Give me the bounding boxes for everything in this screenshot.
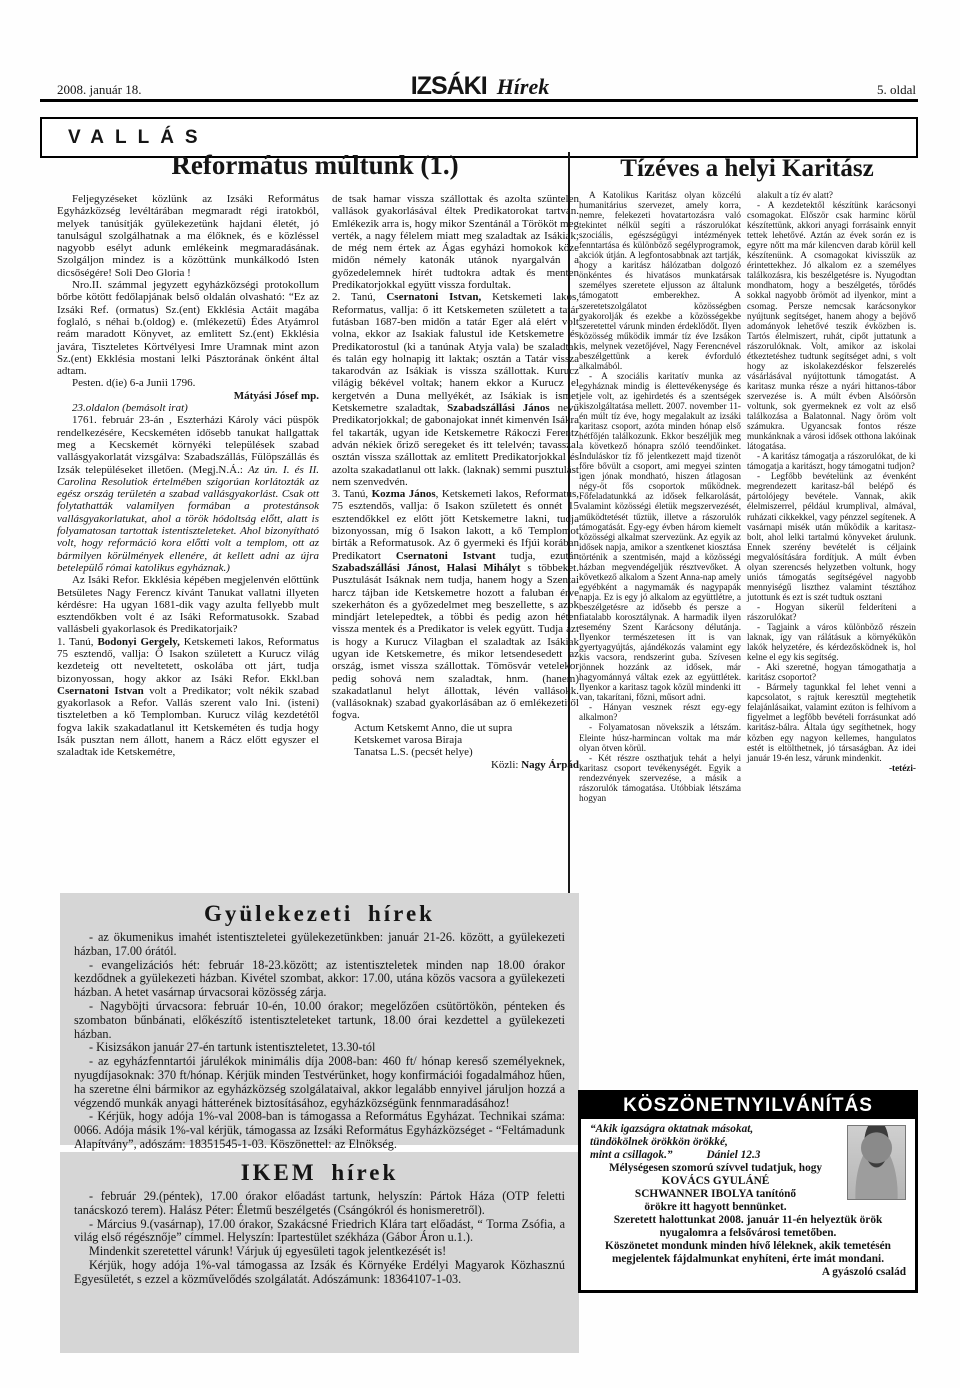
article-title-karitasz: Tízéves a helyi Karitász [578,155,916,183]
reformatus-column-2: de tsak hamar vissza szállottak és azolt… [332,193,579,771]
portrait-photo [847,1125,906,1200]
paragraph: - Március 9.(vasárnap), 17.00 órakor, Sz… [74,1218,565,1246]
article-title-reformatus: Református múltunk (1.) [55,150,575,181]
paragraph: alakult a tíz év alatt? [747,190,916,200]
paragraph: - az ökumenikus imahét istentiszteletei … [74,931,565,959]
paragraph: - Hogyan sikerül felderíteni a rászoruló… [747,602,916,622]
karitasz-column-2: alakult a tíz év alatt?- A kezdetektől k… [747,190,916,773]
paragraph: Közli: Nagy Árpád [332,759,579,771]
obituary-body: “Akik igazságra oktatnak másokat,tündökö… [581,1119,915,1279]
paragraph: örökre itt hagyott bennünket. [590,1201,906,1214]
paragraph: A Katolikus Karitász olyan közcélú human… [579,190,741,371]
paragraph: - evangelizációs hét: február 18-23.közö… [74,959,565,1000]
paragraph: Kérjük, hogy adója 1%-val támogassa az I… [74,1259,565,1287]
paragraph: Köszönetet mondunk minden hívő léleknek,… [590,1240,906,1266]
paragraph: -tetézi- [747,763,916,773]
header-rule [40,99,918,102]
paragraph: - A szociális karitatív munka az egyházn… [579,371,741,703]
paragraph: Actum Ketskemt Anno, die ut supra [332,722,579,734]
karitasz-column-1: A Katolikus Karitász olyan közcélú human… [579,190,741,803]
church-news-box: Gyülekezeti hírek - az ökumenikus imahét… [60,893,579,1145]
paragraph: Mátyási Jósef mp. [57,390,319,402]
paragraph: Ketskemet varosa Biraja [332,734,579,746]
paragraph: Mindenkit szeretettel várunk! Várjuk új … [74,1245,565,1259]
paragraph: Szeretett halottunkat 2008. január 11-én… [590,1214,906,1240]
paragraph: Az Isáki Refor. Ekklésia képében megjele… [57,574,319,635]
paragraph: - Kérjük, hogy adója 1%-val 2008-ban is … [74,1110,565,1151]
reformatus-column-1: Feljegyzéseket közlünk az Izsáki Reformá… [57,193,319,759]
paragraph: Tanatsa L.S. (pecsét helye) [332,746,579,758]
masthead-subtitle: Hírek [497,74,550,99]
paragraph: 23.oldalon (bemásolt irat) [57,402,319,414]
paragraph: - Aki szeretné, hogyan támogathatja a ka… [747,662,916,682]
church-news-title: Gyülekezeti hírek [74,901,565,927]
paragraph: Pesten. d(ie) 6-a Junii 1796. [57,377,319,389]
paragraph: - A karitász támogatja a rászorulókat, d… [747,451,916,471]
paragraph: de tsak hamar vissza szállottak és azolt… [332,193,579,291]
paragraph: - Hányan vesznek részt egy-egy alkalmon? [579,702,741,722]
paragraph: - az egyházfenntartói járulékok minimáli… [74,1055,565,1110]
paragraph: A gyászoló család [590,1266,906,1279]
paragraph: - Bármely tagunkkal fel lehet venni a ka… [747,682,916,762]
paragraph: 1761. február 23-án , Eszterházi Károly … [57,414,319,574]
ikem-news-body: - február 29.(péntek), 17.00 órakor előa… [74,1190,565,1287]
obituary-box: KÖSZÖNETNYILVÁNÍTÁS “Akik igazságra okta… [578,1090,918,1293]
paragraph: - február 29.(péntek), 17.00 órakor előa… [74,1190,565,1218]
church-news-body: - az ökumenikus imahét istentiszteletei … [74,931,565,1152]
obituary-title: KÖSZÖNETNYILVÁNÍTÁS [581,1093,915,1119]
paragraph: - Két részre oszthatjuk tehát a helyi ka… [579,753,741,803]
paragraph: 2. Tanú, Csernatoni Istvan, Ketskemeti l… [332,291,579,488]
paragraph: Nro.II. számmal jegyzett egyházközségi p… [57,279,319,377]
paragraph: - Folyamatosan növekszik a létszám. Elei… [579,722,741,752]
paragraph: 1. Tanú, Bodonyi Gergely, Ketskemeti lak… [57,636,319,759]
masthead-title: IZSÁKI [411,72,487,100]
paragraph: Feljegyzéseket közlünk az Izsáki Reformá… [57,193,319,279]
paragraph: - A kezdetektől készítünk karácsonyi cso… [747,200,916,451]
paragraph: 3. Tanú, Kozma János, Ketskemeti lakos, … [332,488,579,722]
ikem-news-box: IKEM hírek - február 29.(péntek), 17.00 … [60,1152,579,1353]
paragraph: - Kisizsákon január 27-én tartunk istent… [74,1041,565,1055]
ikem-news-title: IKEM hírek [74,1160,565,1186]
paragraph: - Legfőbb bevételünk az évenként megrend… [747,471,916,602]
masthead: IZSÁKI Hírek [0,72,960,101]
paragraph: - Nagyböjti úrvacsora: február 10-én, 10… [74,1000,565,1041]
newspaper-page: 2008. január 18. IZSÁKI Hírek 5. oldal V… [0,0,960,1388]
page-number: 5. oldal [877,82,916,98]
paragraph: - Tagjaink a város különböző részein lak… [747,622,916,662]
